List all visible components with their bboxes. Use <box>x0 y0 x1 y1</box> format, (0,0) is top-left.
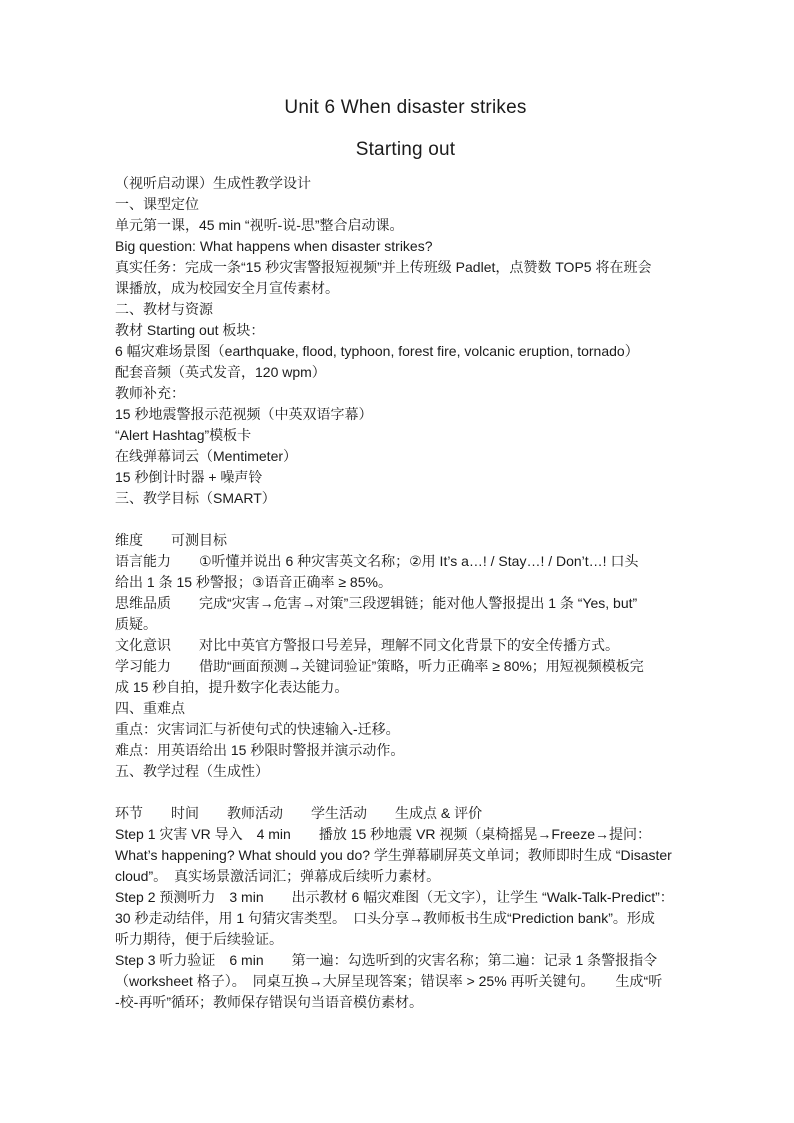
document-page: Unit 6 When disaster strikes Starting ou… <box>0 0 794 1123</box>
document-line: 学习能力 借助“画面预测→关键词验证”策略，听力正确率 ≥ 80%；用短视频模板… <box>115 656 696 677</box>
document-line: 听力期待，便于后续验证。 <box>115 929 696 950</box>
document-line: 重点：灾害词汇与祈使句式的快速输入-迁移。 <box>115 719 696 740</box>
document-line: 配套音频（英式发音，120 wpm） <box>115 362 696 383</box>
document-line: -校-再听”循环；教师保存错误句当语音模仿素材。 <box>115 992 696 1013</box>
page-subtitle: Starting out <box>115 138 696 162</box>
document-line: 维度 可测目标 <box>115 530 696 551</box>
document-line: What’s happening? What should you do? 学生… <box>115 845 696 866</box>
document-line: 语言能力 ①听懂并说出 6 种灾害英文名称；②用 It’s a…! / Stay… <box>115 551 696 572</box>
document-line: 三、教学目标（SMART） <box>115 488 696 509</box>
document-line: 质疑。 <box>115 614 696 635</box>
document-line: 教师补充： <box>115 383 696 404</box>
document-body: （视听启动课）生成性教学设计一、课型定位单元第一课，45 min “视听-说-思… <box>115 173 696 1013</box>
document-line: Step 2 预测听力 3 min 出示教材 6 幅灾难图（无文字），让学生 “… <box>115 887 696 908</box>
document-line: 一、课型定位 <box>115 194 696 215</box>
document-line: 6 幅灾难场景图（earthquake, flood, typhoon, for… <box>115 341 696 362</box>
document-line: （视听启动课）生成性教学设计 <box>115 173 696 194</box>
document-line: cloud”。 真实场景激活词汇；弹幕成后续听力素材。 <box>115 866 696 887</box>
document-line: 二、教材与资源 <box>115 299 696 320</box>
document-line: 五、教学过程（生成性） <box>115 761 696 782</box>
document-line: 课播放，成为校园安全月宣传素材。 <box>115 278 696 299</box>
document-line: （worksheet 格子）。 同桌互换→大屏呈现答案；错误率 > 25% 再听… <box>115 971 696 992</box>
document-line <box>115 782 696 803</box>
document-line: “Alert Hashtag”模板卡 <box>115 425 696 446</box>
document-line: 真实任务：完成一条“15 秒灾害警报短视频”并上传班级 Padlet，点赞数 T… <box>115 257 696 278</box>
document-line: Big question: What happens when disaster… <box>115 236 696 257</box>
document-line: 15 秒倒计时器 + 噪声铃 <box>115 467 696 488</box>
document-line: Step 3 听力验证 6 min 第一遍：勾选听到的灾害名称；第二遍：记录 1… <box>115 950 696 971</box>
document-line: 给出 1 条 15 秒警报；③语音正确率 ≥ 85%。 <box>115 572 696 593</box>
document-line: 教材 Starting out 板块： <box>115 320 696 341</box>
document-line: 思维品质 完成“灾害→危害→对策”三段逻辑链；能对他人警报提出 1 条 “Yes… <box>115 593 696 614</box>
document-line: 文化意识 对比中英官方警报口号差异，理解不同文化背景下的安全传播方式。 <box>115 635 696 656</box>
document-line: 在线弹幕词云（Mentimeter） <box>115 446 696 467</box>
document-line: 30 秒走动结伴，用 1 句猜灾害类型。 口头分享→教师板书生成“Predict… <box>115 908 696 929</box>
document-line: Step 1 灾害 VR 导入 4 min 播放 15 秒地震 VR 视频（桌椅… <box>115 824 696 845</box>
document-line: 四、重难点 <box>115 698 696 719</box>
page-title: Unit 6 When disaster strikes <box>115 96 696 120</box>
document-line: 单元第一课，45 min “视听-说-思”整合启动课。 <box>115 215 696 236</box>
document-line: 难点：用英语给出 15 秒限时警报并演示动作。 <box>115 740 696 761</box>
document-line: 15 秒地震警报示范视频（中英双语字幕） <box>115 404 696 425</box>
document-line <box>115 509 696 530</box>
document-line: 环节 时间 教师活动 学生活动 生成点 & 评价 <box>115 803 696 824</box>
document-line: 成 15 秒自拍，提升数字化表达能力。 <box>115 677 696 698</box>
